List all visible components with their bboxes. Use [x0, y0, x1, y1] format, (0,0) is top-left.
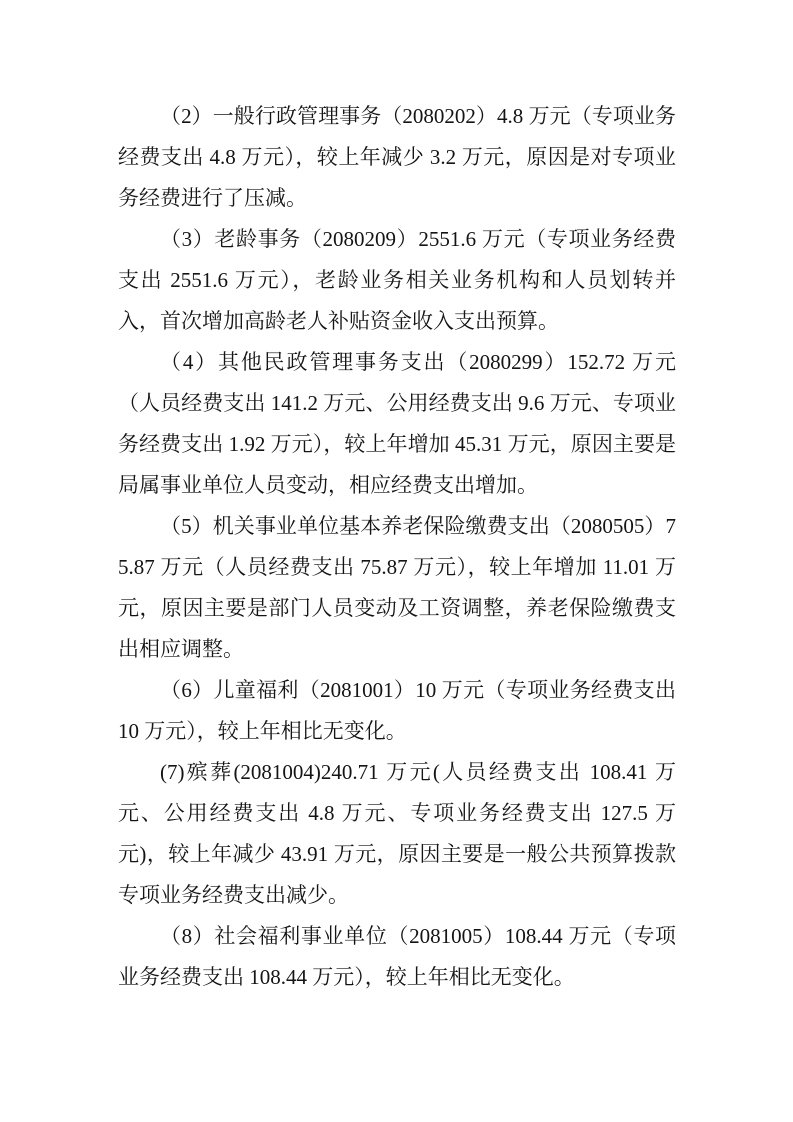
paragraph-item-3: （3）老龄事务（2080209）2551.6 万元（专项业务经费支出 2551.… [118, 219, 676, 342]
document-page: （2）一般行政管理事务（2080202）4.8 万元（专项业务经费支出 4.8 … [0, 0, 793, 1122]
paragraph-item-7: (7)殡葬(2081004)240.71 万元(人员经费支出 108.41 万元… [118, 752, 676, 916]
paragraph-item-5: （5）机关事业单位基本养老保险缴费支出（2080505）75.87 万元（人员经… [118, 506, 676, 670]
paragraph-item-2: （2）一般行政管理事务（2080202）4.8 万元（专项业务经费支出 4.8 … [118, 96, 676, 219]
paragraph-item-8: （8）社会福利事业单位（2081005）108.44 万元（专项业务经费支出 1… [118, 916, 676, 998]
paragraph-item-6: （6）儿童福利（2081001）10 万元（专项业务经费支出 10 万元），较上… [118, 670, 676, 752]
paragraph-item-4: （4）其他民政管理事务支出（2080299）152.72 万元（人员经费支出 1… [118, 342, 676, 506]
text-block: （2）一般行政管理事务（2080202）4.8 万元（专项业务经费支出 4.8 … [118, 96, 676, 998]
